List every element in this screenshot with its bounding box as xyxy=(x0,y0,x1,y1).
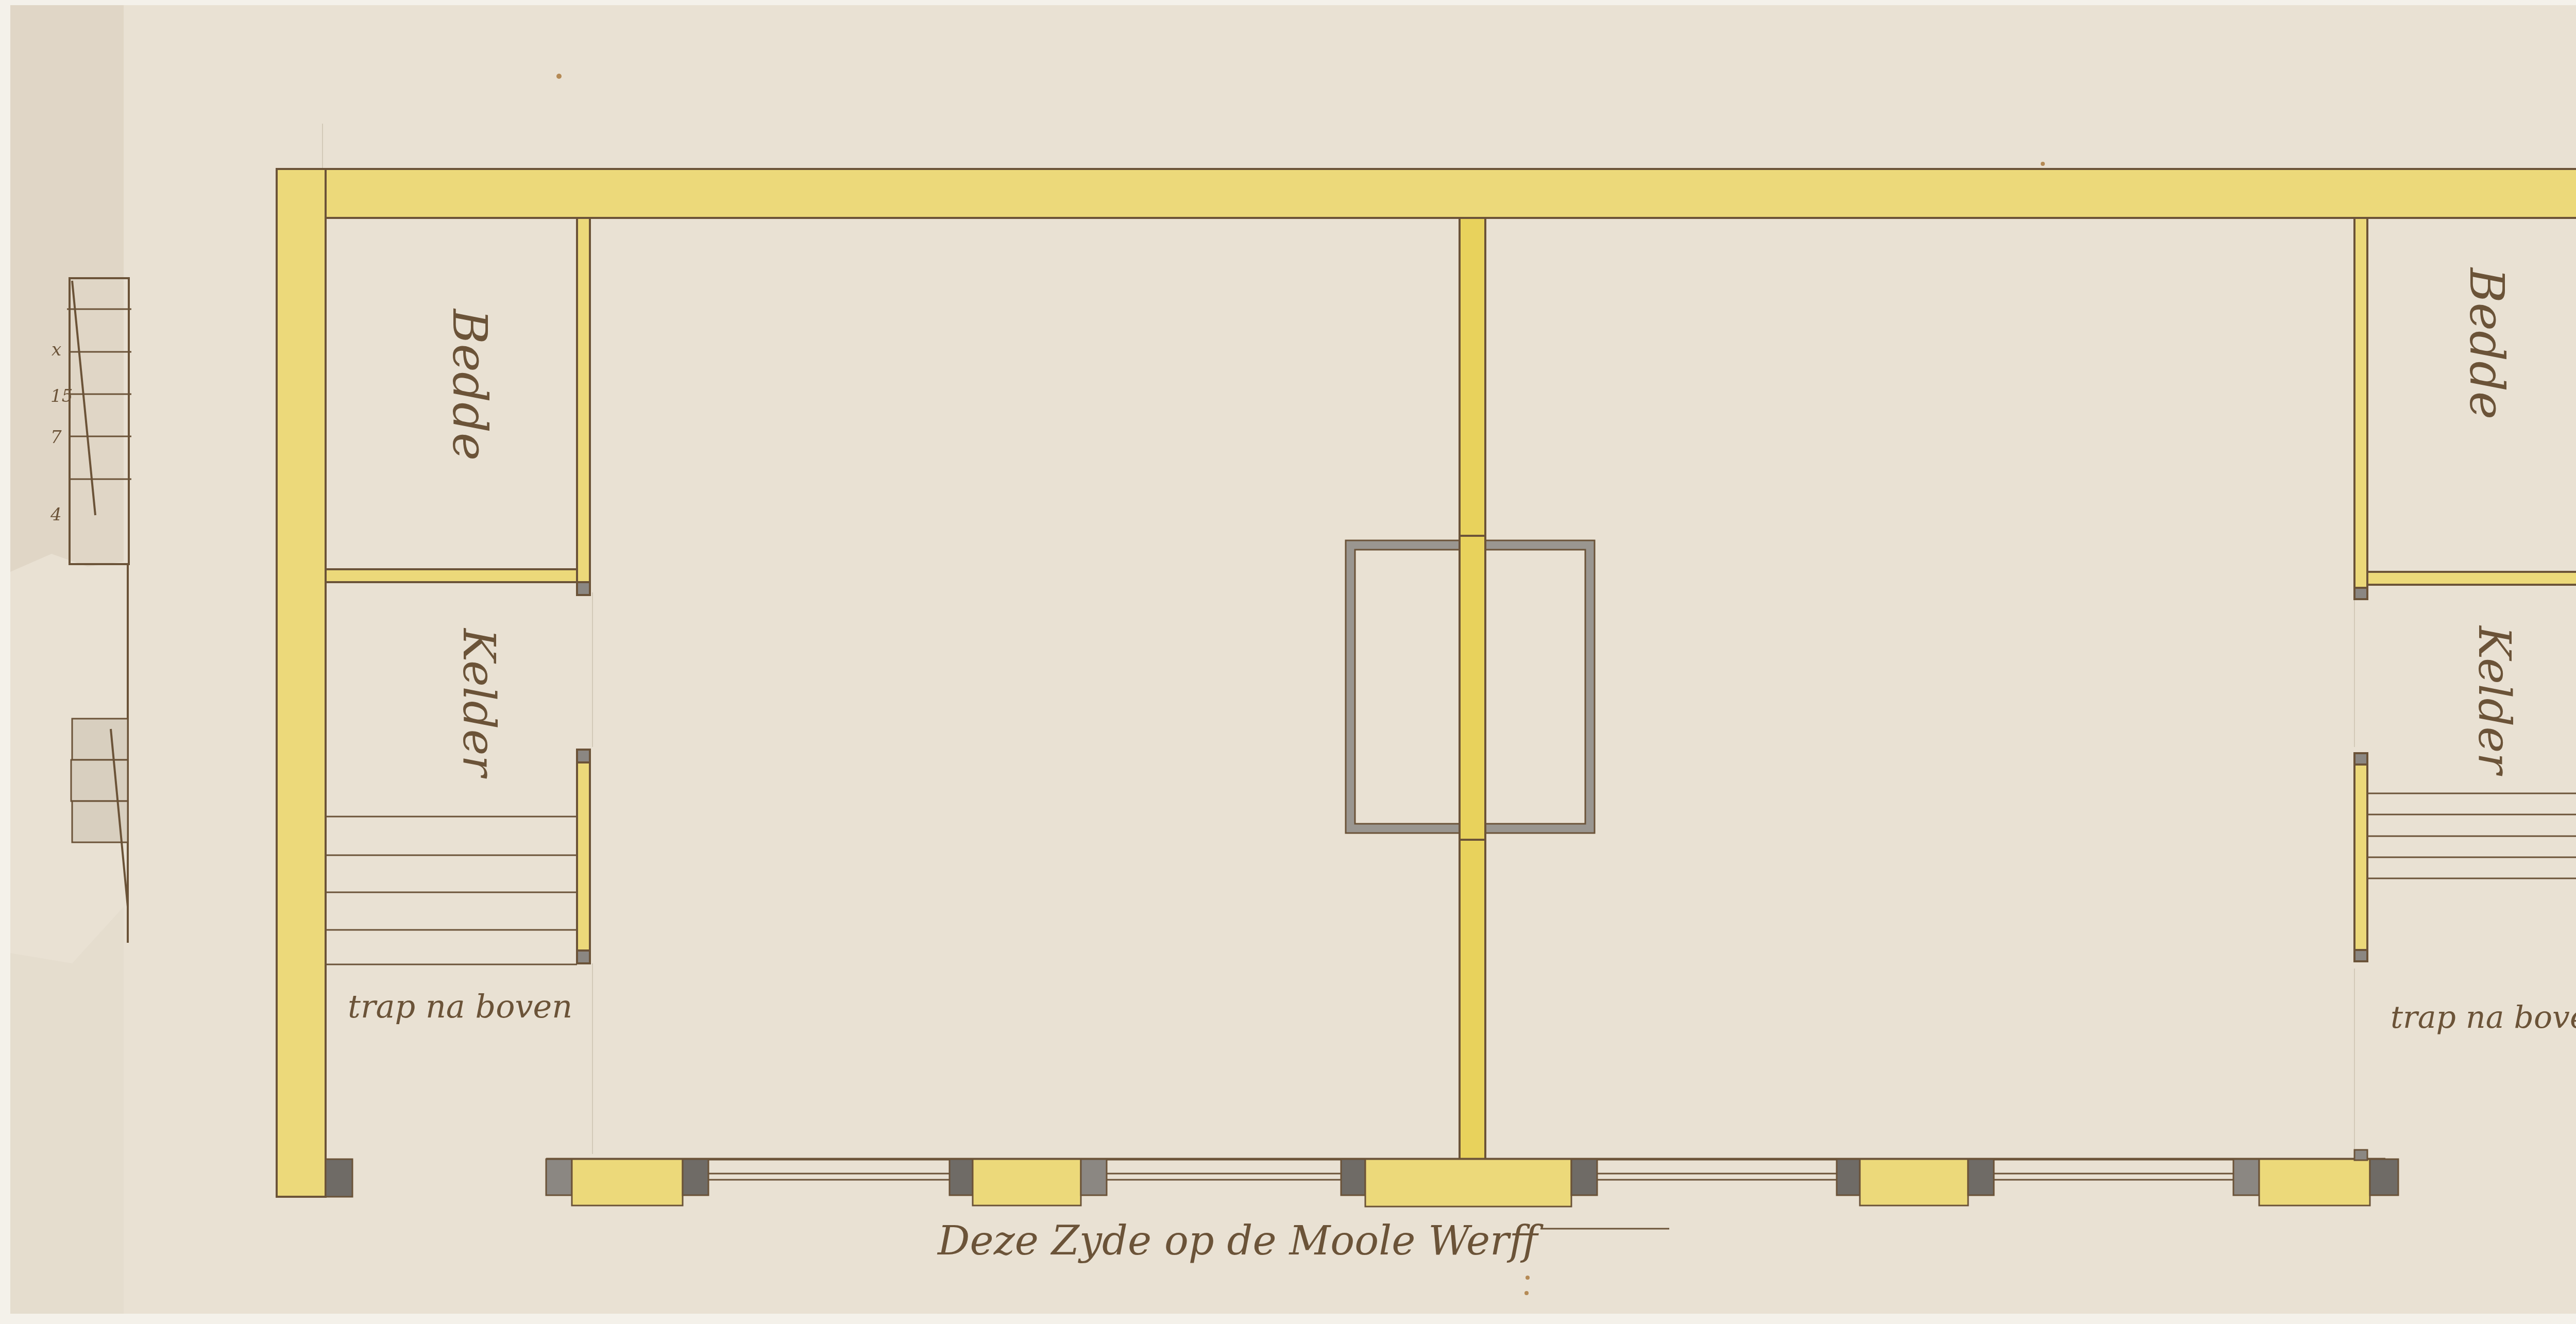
label-left-cellar: Kelder xyxy=(453,627,504,779)
scale-mark: 7 xyxy=(50,427,62,448)
label-right-cellar: Kelder xyxy=(2468,625,2520,776)
label-left-bedstead: Bedde xyxy=(442,308,497,461)
plan-caption: Deze Zyde op de Moole Werff xyxy=(937,1218,1544,1264)
scale-mark: 15 xyxy=(50,386,73,406)
label-right-bedstead: Bedde xyxy=(2459,267,2514,419)
scale-mark: x xyxy=(52,340,61,360)
label-left-stair: trap na boven xyxy=(348,988,572,1025)
left-wall xyxy=(277,169,326,1197)
top-wall xyxy=(277,169,2576,218)
floor-plan-drawing: x 15 7 4 xyxy=(0,0,2576,1324)
floor-plan-sheet: x 15 7 4 xyxy=(0,0,2576,1324)
label-right-stair: trap na boven xyxy=(2391,999,2576,1036)
scale-mark: 4 xyxy=(50,504,62,525)
